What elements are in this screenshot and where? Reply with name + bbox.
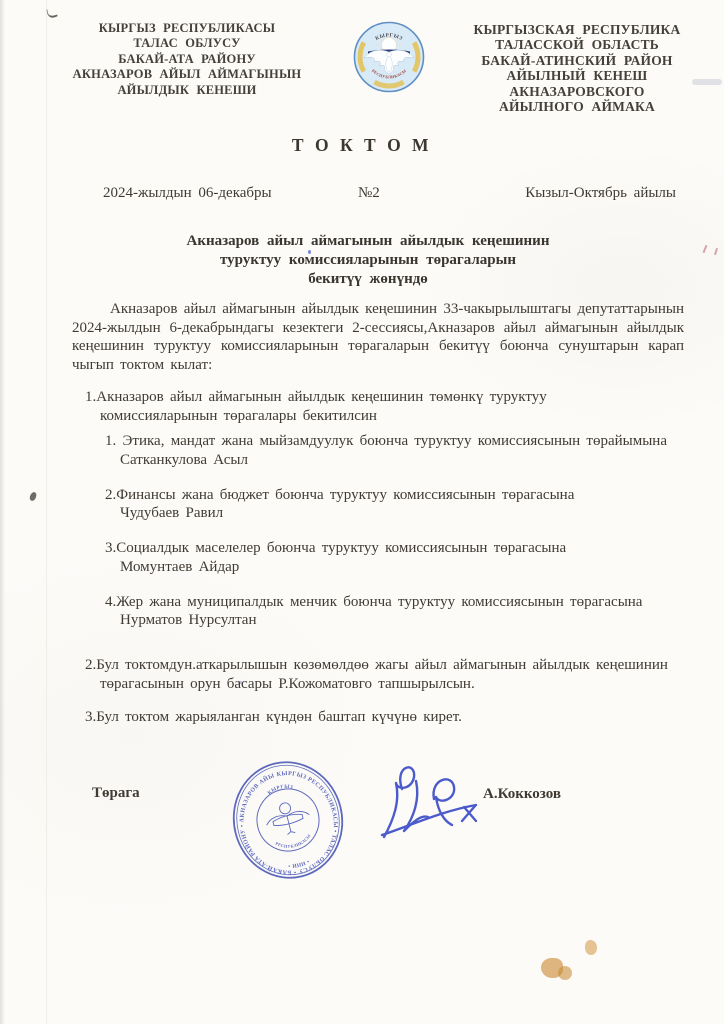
header-line: КЫРГЫЗ РЕСПУБЛИКАСЫ	[58, 21, 316, 36]
svg-text:КЫРГЫЗ РЕСПУБЛИКАСЫ • ТАЛАС ОБ: КЫРГЫЗ РЕСПУБЛИКАСЫ • ТАЛАС ОБЛУСУ • БАК…	[196, 727, 349, 893]
header-line: БАКАЙ-АТИНСКИЙ РАЙОН	[436, 53, 718, 68]
pen-check-mark	[46, 6, 57, 19]
header-kyrgyz-block: КЫРГЫЗ РЕСПУБЛИКАСЫ ТАЛАС ОБЛУСУ БАКАЙ-А…	[58, 21, 316, 98]
commission-person: Сатканкулова Асыл	[105, 451, 695, 470]
subject-line: туруктуу комиссияларынын төрагаларын	[100, 251, 636, 270]
document-subject: Акназаров айыл аймагынын айылдык кеңешин…	[100, 232, 636, 289]
commission-label: 1. Этика, мандат жана мыйзамдуулук боюнч…	[105, 432, 695, 451]
official-seal-stamp: КЫРГЫЗ РЕСПУБЛИКАСЫ • ТАЛАС ОБЛУСУ • БАК…	[196, 724, 380, 916]
svg-text:КЫРГЫЗ: КЫРГЫЗ	[266, 782, 294, 796]
scanned-decree-page: КЫРГЫЗ РЕСПУБЛИКАСЫ ТАЛАС ОБЛУСУ БАКАЙ-А…	[0, 0, 724, 1024]
pink-speck	[714, 248, 718, 255]
commission-label: 3.Социалдык маселелер боюнча туруктуу ко…	[105, 539, 695, 558]
header-line: БАКАЙ-АТА РАЙОНУ	[58, 52, 316, 67]
preamble-paragraph: Акназаров айыл аймагынын айылдык кеңешин…	[72, 300, 684, 374]
pink-speck	[703, 245, 708, 253]
seal-ring-text: КЫРГЫЗ РЕСПУБЛИКАСЫ • ТАЛАС ОБЛУСУ • БАК…	[196, 727, 349, 893]
resolution-item-3: 3.Бул токтом жарыяланган күндөн баштап к…	[85, 708, 462, 727]
document-title: Т О К Т О М	[0, 135, 724, 156]
handwritten-signature	[376, 755, 491, 850]
paper-stain	[558, 966, 572, 980]
kyrgyz-state-emblem-icon: КЫРГЫЗ РЕСПУБЛИКАСЫ	[352, 20, 426, 94]
subject-line: Акназаров айыл аймагынын айылдык кеңешин…	[100, 232, 636, 251]
header-line: ТАЛАС ОБЛУСУ	[58, 36, 316, 51]
resolution-item-2: 2.Бул токтомдун.аткарылышын көзөмөлдөө ж…	[85, 656, 700, 693]
commission-item: 2.Финансы жана бюджет боюнча туруктуу ко…	[105, 486, 695, 523]
document-date: 2024-жылдын 06-декабры	[103, 185, 272, 202]
seal-center-top-text: КЫРГЫЗ	[266, 782, 294, 796]
document-place: Кызыл-Октябрь айылы	[525, 185, 676, 202]
document-number: №2	[358, 185, 380, 202]
header-line: АЙЫЛНОГО АЙМАКА	[436, 99, 718, 114]
header-line: АЙЫЛНЫЙ КЕНЕШ АКНАЗАРОВСКОГО	[436, 68, 718, 99]
commission-item: 4.Жер жана муниципалдык менчик боюнча ту…	[105, 593, 695, 630]
subject-line: бекитүү жөнүндө	[100, 270, 636, 289]
commission-person: Нурматов Нурсултан	[105, 611, 695, 630]
ink-speck	[29, 491, 37, 501]
header-line: АЙЫЛДЫК КЕНЕШИ	[58, 83, 316, 98]
commission-person: Чудубаев Равил	[105, 504, 695, 523]
resolution-item-1: 1.Акназаров айыл аймагынын айылдык кеңеш…	[85, 388, 668, 425]
header-line: ТАЛАССКОЙ ОБЛАСТЬ	[436, 37, 718, 52]
commission-item: 3.Социалдык маселелер боюнча туруктуу ко…	[105, 539, 695, 576]
header-line: КЫРГЫЗСКАЯ РЕСПУБЛИКА	[436, 22, 718, 37]
signatory-role: Төрага	[92, 785, 140, 802]
commission-item: 1. Этика, мандат жана мыйзамдуулук боюнч…	[105, 432, 695, 469]
header-russian-block: КЫРГЫЗСКАЯ РЕСПУБЛИКА ТАЛАССКОЙ ОБЛАСТЬ …	[436, 22, 718, 114]
paper-stain	[585, 940, 597, 955]
header-line: АКНАЗАРОВ АЙЫЛ АЙМАГЫНЫН	[58, 67, 316, 82]
commission-list: 1. Этика, мандат жана мыйзамдуулук боюнч…	[105, 432, 695, 646]
seal-emblem-drawing	[262, 798, 312, 839]
commission-label: 4.Жер жана муниципалдык менчик боюнча ту…	[105, 593, 695, 612]
commission-label: 2.Финансы жана бюджет боюнча туруктуу ко…	[105, 486, 695, 505]
commission-person: Момунтаев Айдар	[105, 558, 695, 577]
signatory-name: А.Коккозов	[483, 786, 561, 803]
